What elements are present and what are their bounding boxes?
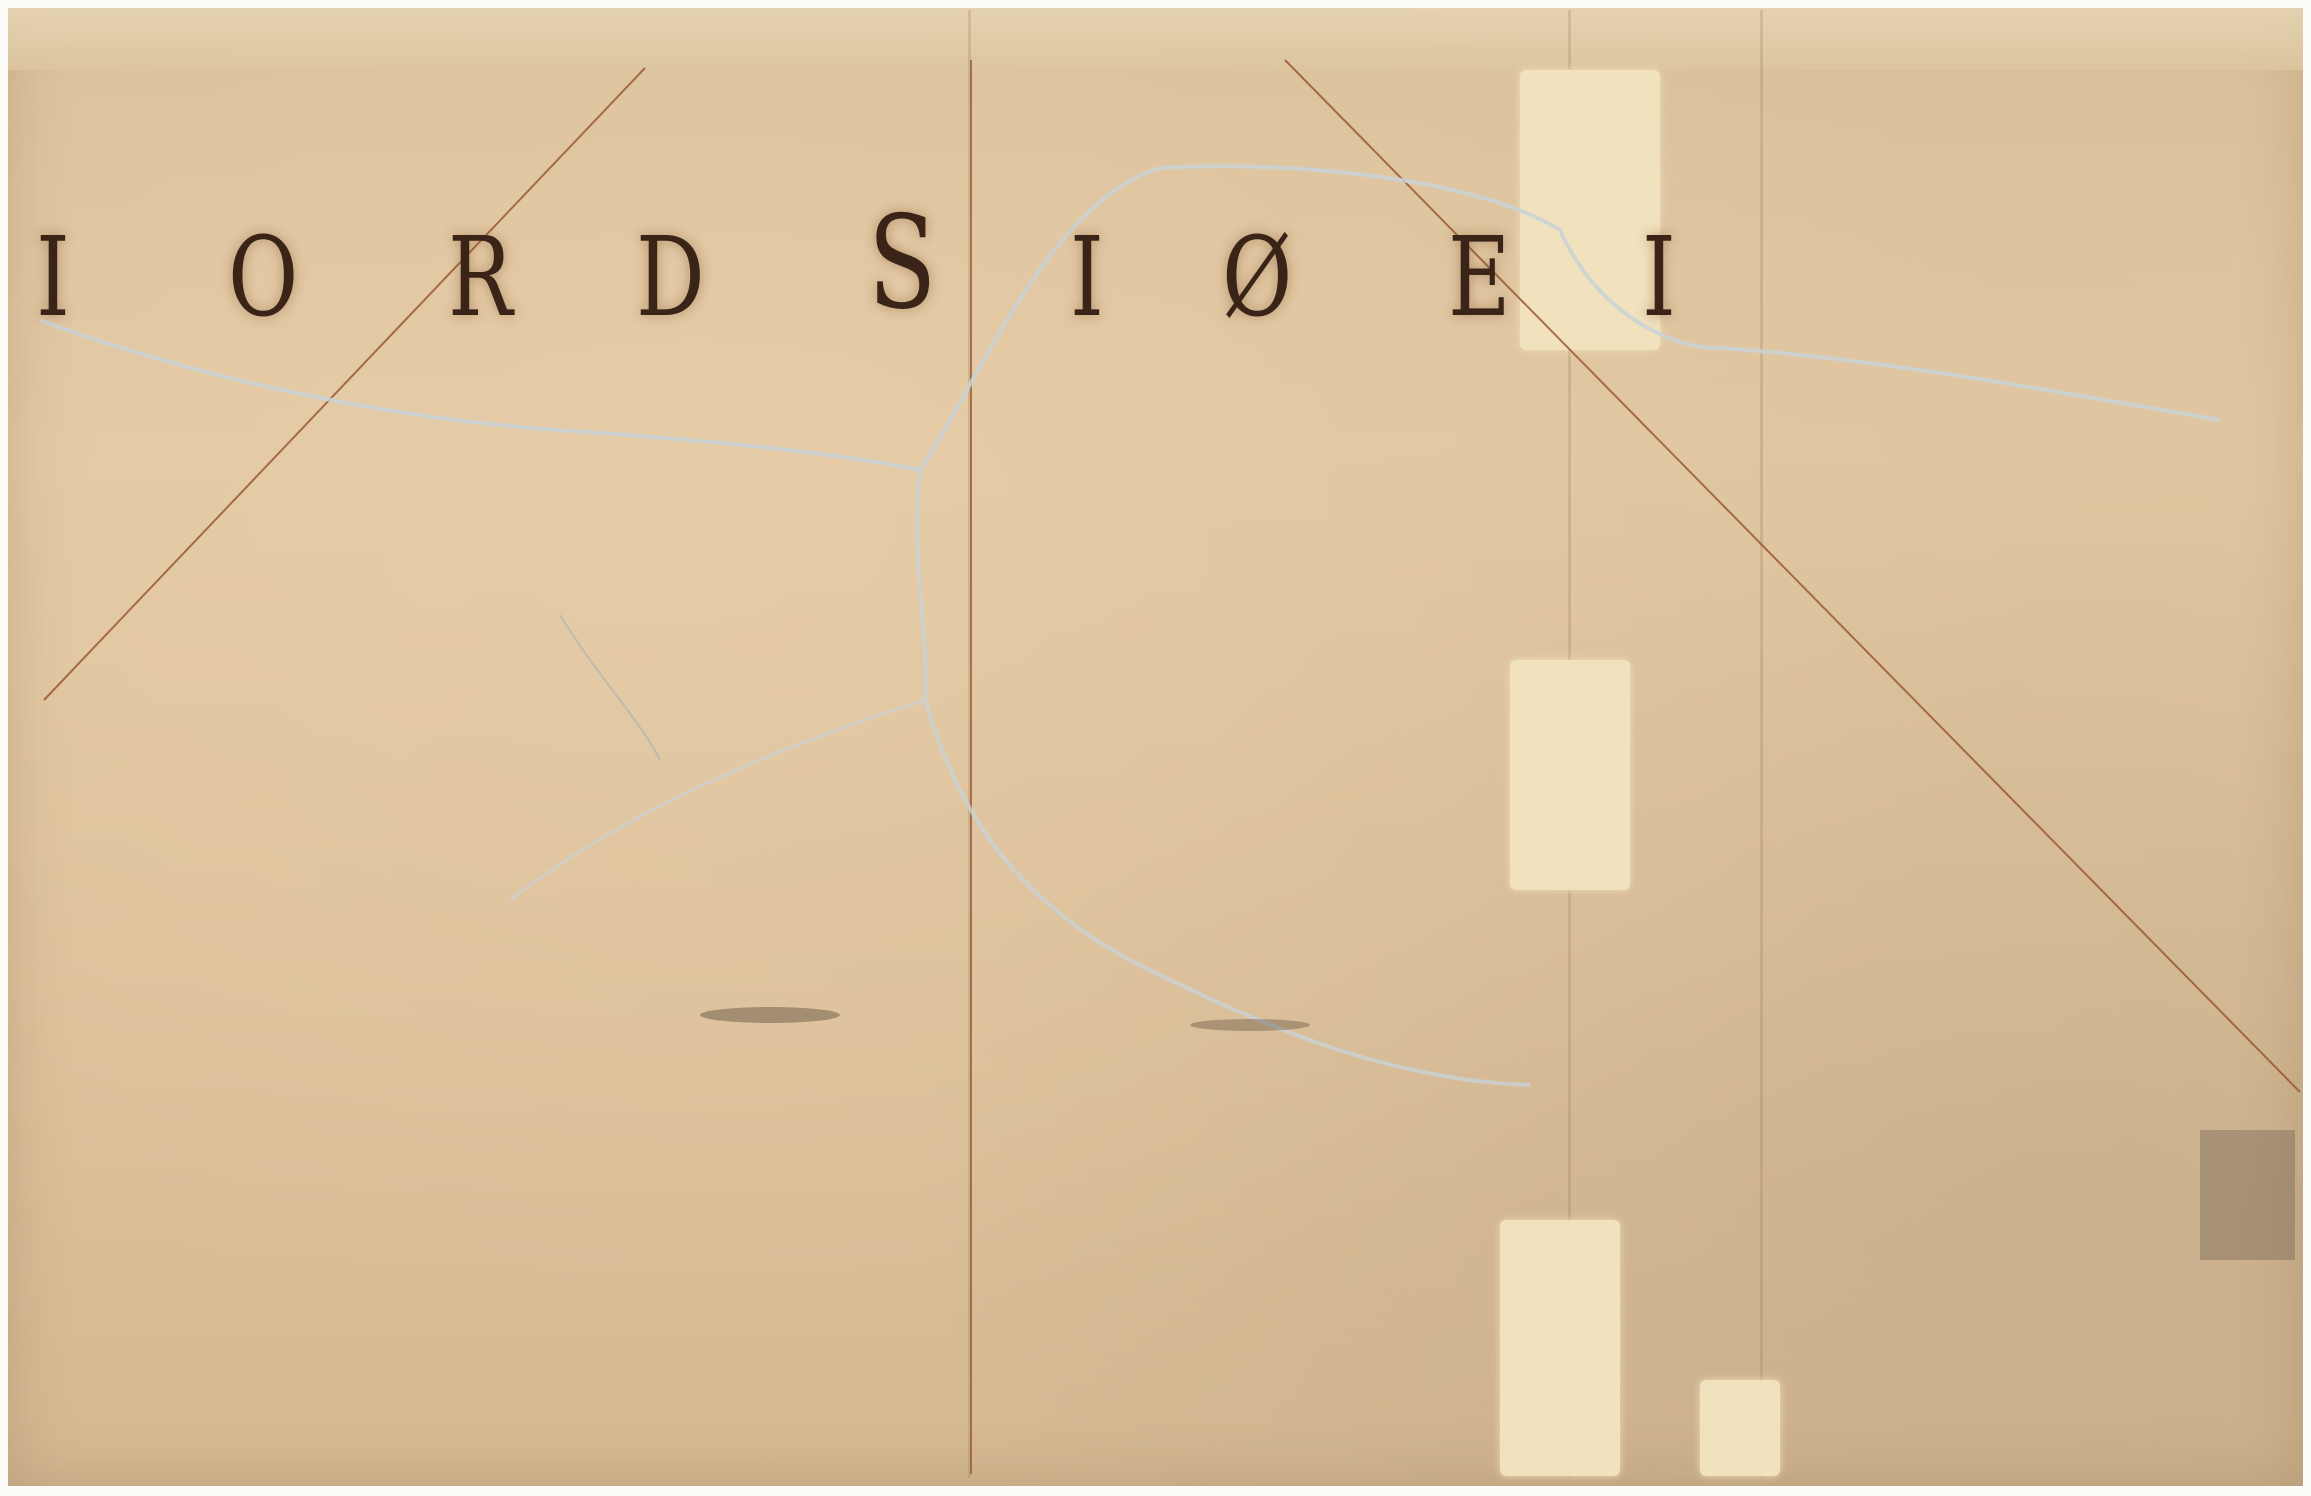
dark-stain-right — [2200, 1130, 2295, 1260]
title-letter: Ø — [1222, 222, 1292, 332]
crack-short — [560, 615, 660, 760]
map-linework — [0, 0, 2311, 1496]
ink-smudge-2 — [1190, 1019, 1310, 1031]
rhumb-line-right — [1285, 60, 2300, 1092]
crack-circle — [917, 470, 1530, 1085]
rhumb-line-left — [44, 68, 645, 700]
title-letter: I — [1642, 222, 1676, 332]
title-letter: D — [636, 222, 705, 332]
title-letter: E — [1448, 222, 1511, 332]
title-letter: O — [228, 222, 298, 332]
title-letter: S — [868, 200, 936, 328]
title-letter: I — [36, 222, 70, 332]
title-letter: I — [1070, 222, 1104, 332]
ink-smudge-1 — [700, 1007, 840, 1023]
title-letter: R — [448, 222, 513, 332]
crack-diagonal — [510, 700, 925, 900]
crack-upper — [40, 166, 2220, 470]
